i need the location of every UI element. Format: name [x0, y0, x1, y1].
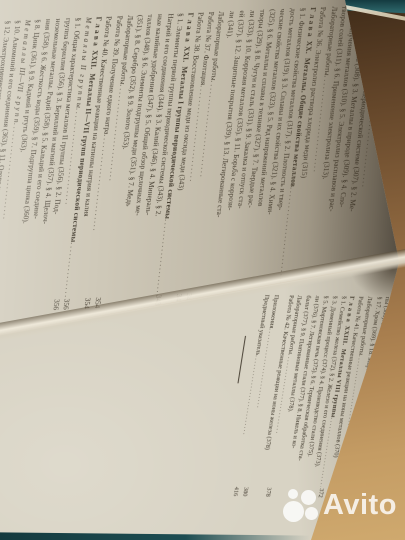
toc-line [238, 336, 247, 383]
avito-logo-icon [283, 487, 318, 523]
avito-watermark: Avito [283, 487, 397, 523]
avito-logo-circle [283, 501, 304, 522]
photo-open-book: элемента (364). § 13. Свинец. Таллий (36… [0, 0, 405, 540]
avito-logo-circle [301, 490, 316, 505]
avito-wordmark: Avito [323, 491, 397, 520]
page-number: 422 [0, 6, 2, 18]
avito-logo-circle [288, 489, 298, 499]
right-page-toc-text: элемента (364). § 13. Свинец. Таллий (36… [220, 294, 400, 498]
avito-logo-circle [305, 507, 318, 520]
